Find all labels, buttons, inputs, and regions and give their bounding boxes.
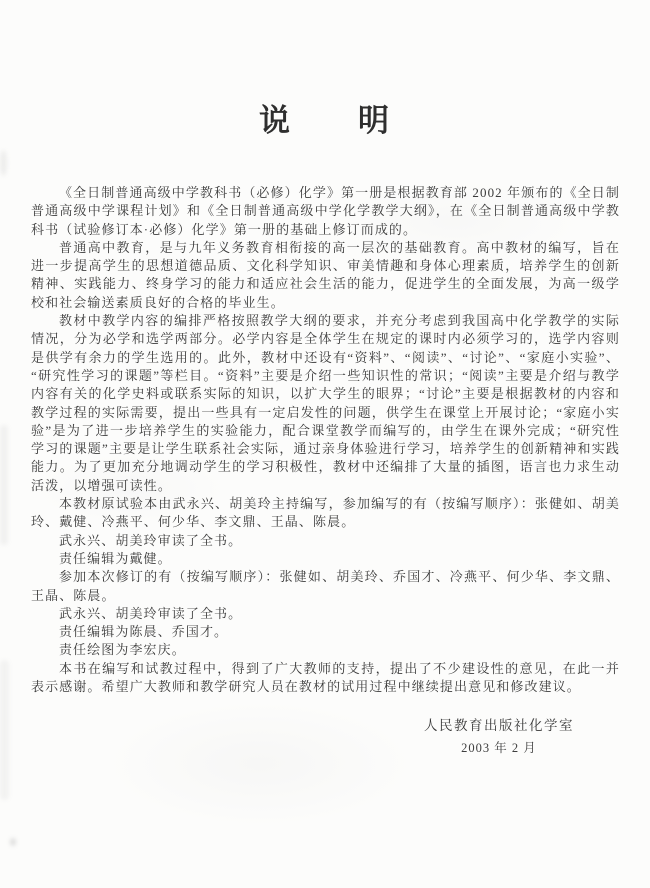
publisher-name: 人民教育出版社化学室 [424,716,574,735]
scan-smudge [0,660,9,800]
document-body: 《全日制普通高级中学教科书（必修）化学》第一册是根据教育部 2002 年颁布的《… [31,184,620,696]
paragraph-original-editor: 责任编辑为戴健。 [31,550,620,568]
paragraph-acknowledgement: 本书在编写和试教过程中，得到了广大教师的支持，提出了不少建设性的意见，在此一并表… [31,660,620,697]
scan-smudge [0,425,8,545]
paragraph-intro: 《全日制普通高级中学教科书（必修）化学》第一册是根据教育部 2002 年颁布的《… [31,184,620,239]
paragraph-revision-reviewers: 武永兴、胡美玲审读了全书。 [31,605,620,623]
scanned-document-page: 说 明 《全日制普通高级中学教科书（必修）化学》第一册是根据教育部 2002 年… [0,0,650,888]
scan-smudge [10,838,16,846]
page-title: 说 明 [0,0,650,140]
paragraph-content-arrangement: 教材中教学内容的编排严格按照教学大纲的要求，并充分考虑到我国高中化学教学的实际情… [31,312,620,495]
paragraph-illustration-editor: 责任绘图为李宏庆。 [31,641,620,659]
paragraph-revision-editors: 责任编辑为陈晨、乔国才。 [31,623,620,641]
publication-date: 2003 年 2 月 [424,739,574,757]
signature-block: 人民教育出版社化学室 2003 年 2 月 [424,716,574,757]
paragraph-original-authors: 本教材原试验本由武永兴、胡美玲主持编写，参加编写的有（按编写顺序）：张健如、胡美… [31,495,620,532]
paragraph-original-reviewers: 武永兴、胡美玲审读了全书。 [31,532,620,550]
scan-smudge [0,150,7,176]
paragraph-revision-authors: 参加本次修订的有（按编写顺序）：张健如、胡美玲、乔国才、冷燕平、何少华、李文鼎、… [31,568,620,605]
paragraph-education-goal: 普通高中教育，是与九年义务教育相衔接的高一层次的基础教育。高中教材的编写，旨在进… [31,239,620,312]
